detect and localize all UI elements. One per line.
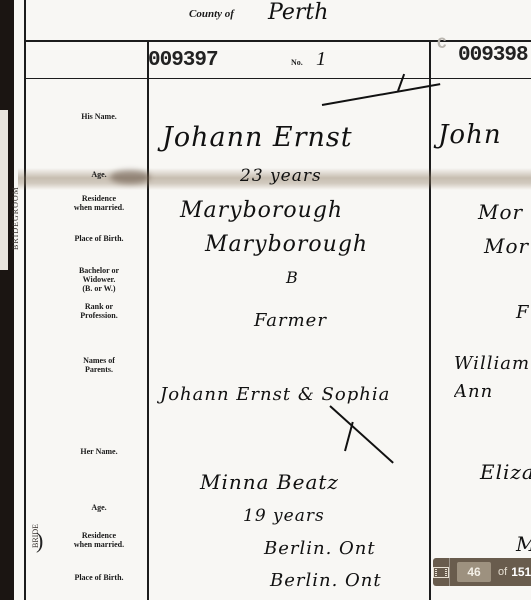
label-rank-profession: Rank or Profession. [54,302,144,320]
label-bachelor-line3: (B. or W.) [54,284,144,293]
label-bachelor-line2: Widower. [54,275,144,284]
groom-name: Johann Ernst [162,122,353,153]
label-parents-line2: Parents. [54,365,144,374]
next-groom-profession: F [516,302,530,323]
groom-bachelor-widower: B [286,268,299,287]
pen-stroke-top [322,83,441,106]
bride-place-of-birth: Berlin. Ont [270,570,382,591]
margin-rule [24,0,26,600]
label-bachelor-widower: Bachelor or Widower. (B. or W.) [54,266,144,293]
label-rank-line1: Rank or [54,302,144,311]
bride-residence: Berlin. Ont [264,538,376,559]
entry-number-value: 1 [316,48,326,71]
label-her-residence-line1: Residence [54,531,144,540]
filmstrip-icon [433,567,449,578]
label-age: Age. [54,170,144,179]
next-groom-name: John [438,120,502,150]
filmstrip-button[interactable] [433,558,450,586]
bride-age: 19 years [243,506,325,526]
label-column-rule [147,42,149,600]
label-her-residence: Residence when married. [54,531,144,549]
label-her-place-of-birth: Place of Birth. [54,573,144,582]
pen-cross-stroke [329,405,394,463]
label-rank-line2: Profession. [54,311,144,320]
bride-name: Minna Beatz [200,470,339,494]
label-his-name: His Name. [54,112,144,121]
spine-label: BRIDEGROOM [11,186,20,250]
page-navigator: of 151 [433,558,531,586]
page-number-input[interactable] [457,562,491,582]
groom-place-of-birth: Maryborough [205,232,368,257]
label-residence-line2: when married. [54,203,144,212]
groom-age: 23 years [240,166,322,186]
next-bride-name: Eliza [480,460,531,484]
header-rule-top [24,40,531,42]
label-names-of-parents: Names of Parents. [54,356,144,374]
county-value: Perth [268,0,328,25]
label-place-of-birth: Place of Birth. [54,234,144,243]
document-page: BRIDEGROOM BRIDE ) County of Perth 00939… [0,0,531,600]
label-bachelor-line1: Bachelor or [54,266,144,275]
label-her-residence-line2: when married. [54,540,144,549]
county-label: County of [189,8,234,20]
next-bride-residence: M [516,532,531,556]
entry-number-label: No. [291,58,303,67]
next-groom-parents: William Ann [454,350,531,406]
groom-parents: Johann Ernst & Sophia [160,384,390,405]
groom-profession: Farmer [254,310,327,331]
register-number: 009397 [148,49,218,72]
binding-highlight [0,110,8,270]
label-her-name: Her Name. [54,447,144,456]
register-number-ghost: C [437,35,447,53]
register-number-next: 009398 [458,44,528,67]
total-pages: 151 [511,565,531,579]
brace-mark: ) [36,528,43,554]
next-groom-residence: Mor [478,200,523,224]
label-residence-line1: Residence [54,194,144,203]
next-groom-place-of-birth: Mor [484,234,529,258]
pen-cross-stroke-2 [344,422,354,451]
label-parents-line1: Names of [54,356,144,365]
groom-residence: Maryborough [180,198,343,223]
header-rule-bottom [24,78,531,79]
label-her-age: Age. [54,503,144,512]
entry-column-rule [429,40,431,600]
page-of-label: of [498,566,507,578]
label-residence: Residence when married. [54,194,144,212]
binding-edge [0,0,14,600]
